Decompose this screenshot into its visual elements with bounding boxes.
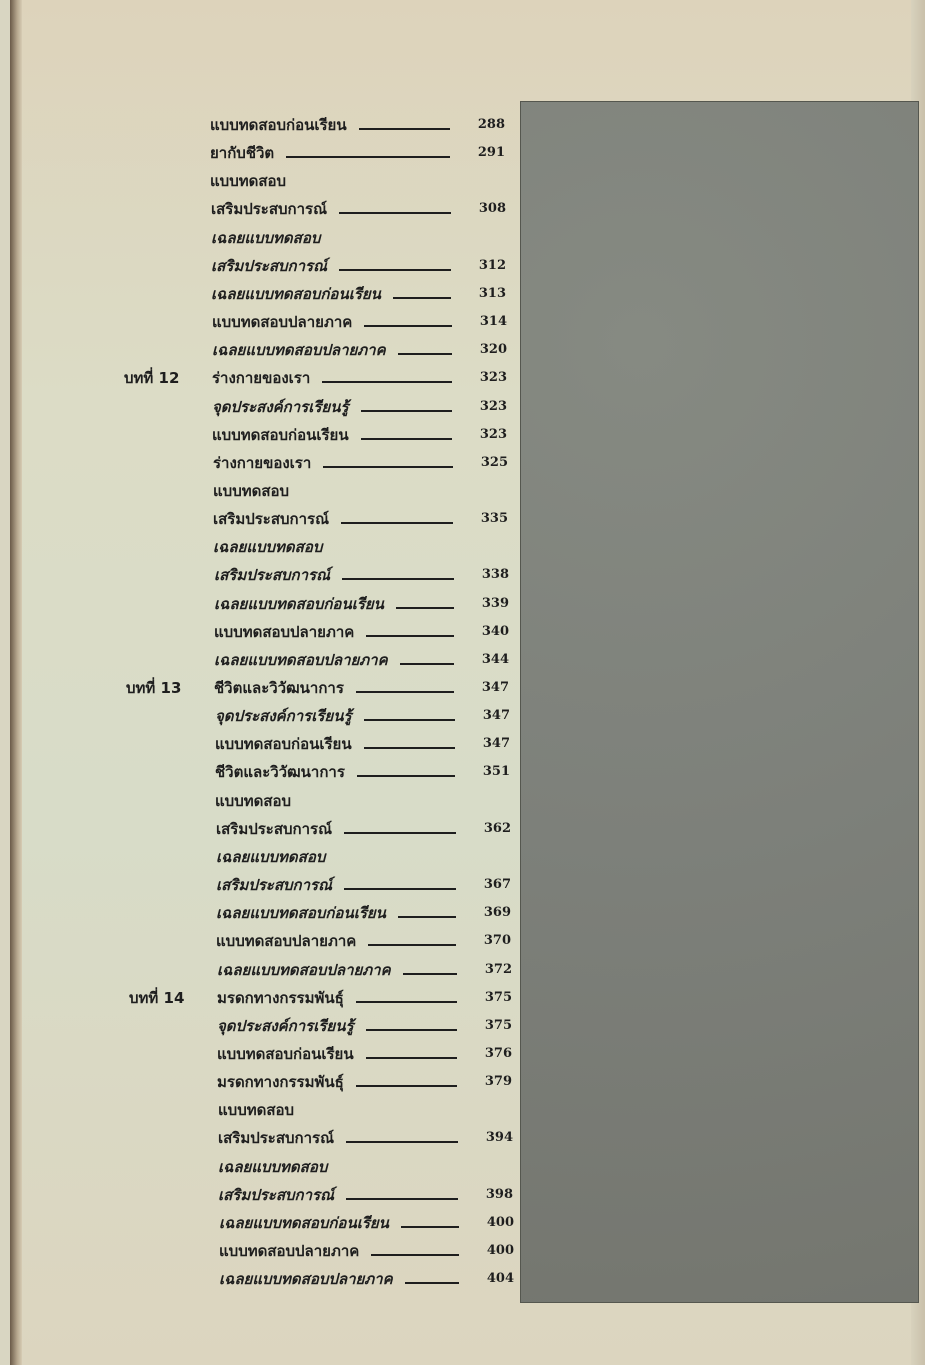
entry-title: เสริมประสบการณ์: [218, 1124, 334, 1152]
leader-line: [286, 156, 450, 158]
page-number: 370: [466, 927, 511, 955]
entry-title: จุดประสงค์การเรียนรู้: [215, 702, 352, 730]
entry-title: เฉลยแบบทดสอบ: [216, 843, 325, 871]
entry-title: เฉลยแบบทดสอบ: [211, 224, 320, 252]
leader-line: [405, 1282, 459, 1284]
entry-title: แบบทดสอบก่อนเรียน: [210, 111, 347, 139]
entry-title: แบบทดสอบก่อนเรียน: [215, 730, 352, 758]
page-number: 313: [461, 280, 506, 308]
page-number: 375: [467, 984, 512, 1012]
leader-line: [359, 128, 450, 130]
page-number: 338: [464, 561, 509, 589]
page-number: 351: [465, 758, 510, 786]
entry-title: เฉลยแบบทดสอบปลายภาค: [212, 336, 386, 364]
entry-title: ชีวิตและวิวัฒนาการ: [214, 674, 344, 702]
leader-line: [398, 916, 456, 918]
entry-title: เสริมประสบการณ์: [218, 1181, 334, 1209]
page-number: 362: [466, 815, 511, 843]
page-number: 347: [465, 730, 510, 758]
entry-title: เสริมประสบการณ์: [213, 505, 329, 533]
leader-line: [339, 269, 451, 271]
chapter-label: บทที่ 13: [126, 674, 211, 702]
leader-line: [339, 212, 451, 214]
leader-line: [401, 1226, 459, 1228]
leader-line: [361, 410, 452, 412]
page-number: 394: [468, 1124, 513, 1152]
page-number: 404: [469, 1265, 514, 1293]
leader-line: [364, 325, 452, 327]
leader-line: [344, 888, 456, 890]
page-number: 376: [467, 1040, 512, 1068]
entry-title: แบบทดสอบ: [215, 787, 291, 815]
leader-line: [364, 747, 455, 749]
entry-title: เสริมประสบการณ์: [211, 195, 327, 223]
page-number: 379: [467, 1068, 512, 1096]
entry-title: แบบทดสอบ: [213, 477, 289, 505]
entry-title: ชีวิตและวิวัฒนาการ: [215, 758, 345, 786]
leader-line: [366, 1029, 457, 1031]
page-number: 323: [462, 364, 507, 392]
scanned-page: แบบทดสอบก่อนเรียน288ยากับชีวิต291แบบทดสอ…: [10, 0, 925, 1365]
entry-title: แบบทดสอบปลายภาค: [214, 618, 354, 646]
leader-line: [344, 832, 456, 834]
entry-title: แบบทดสอบ: [218, 1096, 294, 1124]
page-number: 335: [463, 505, 508, 533]
entry-title: เสริมประสบการณ์: [211, 252, 327, 280]
page-number: 291: [460, 139, 505, 167]
leader-line: [341, 522, 453, 524]
entry-title: แบบทดสอบปลายภาค: [212, 308, 352, 336]
entry-title: มรดกทางกรรมพันธุ์: [217, 984, 344, 1012]
leader-line: [356, 691, 454, 693]
page-number: 325: [463, 449, 508, 477]
page-number: 312: [461, 252, 506, 280]
page-number: 367: [466, 871, 511, 899]
page-number: 398: [468, 1181, 513, 1209]
chapter-label: บทที่ 12: [124, 364, 209, 392]
entry-title: มรดกทางกรรมพันธุ์: [217, 1068, 344, 1096]
entry-title: เฉลยแบบทดสอบปลายภาค: [214, 646, 388, 674]
entry-title: จุดประสงค์การเรียนรู้: [217, 1012, 354, 1040]
page-number: 400: [469, 1209, 514, 1237]
entry-title: เสริมประสบการณ์: [216, 871, 332, 899]
entry-title: เฉลยแบบทดสอบปลายภาค: [219, 1265, 393, 1293]
leader-line: [346, 1198, 458, 1200]
leader-line: [356, 1085, 457, 1087]
leader-line: [371, 1254, 459, 1256]
gray-image-placeholder-block: [520, 101, 919, 1303]
leader-line: [398, 353, 452, 355]
entry-title: เฉลยแบบทดสอบปลายภาค: [217, 956, 391, 984]
entry-title: แบบทดสอบก่อนเรียน: [212, 421, 349, 449]
page-binding-edge: [10, 0, 22, 1365]
page-number: 323: [462, 393, 507, 421]
leader-line: [393, 297, 451, 299]
page-number: 369: [466, 899, 511, 927]
leader-line: [364, 719, 455, 721]
page-number: 372: [467, 956, 512, 984]
page-number: 320: [462, 336, 507, 364]
leader-line: [357, 775, 455, 777]
entry-title: เฉลยแบบทดสอบก่อนเรียน: [211, 280, 381, 308]
leader-line: [356, 1001, 457, 1003]
leader-line: [323, 466, 453, 468]
leader-line: [403, 973, 457, 975]
entry-title: ร่างกายของเรา: [212, 364, 310, 392]
page-number: 344: [464, 646, 509, 674]
entry-title: ยากับชีวิต: [210, 139, 274, 167]
entry-title: เฉลยแบบทดสอบ: [213, 533, 322, 561]
page-number: 340: [464, 618, 509, 646]
entry-title: แบบทดสอบปลายภาค: [219, 1237, 359, 1265]
leader-line: [366, 635, 454, 637]
page-number: 314: [462, 308, 507, 336]
page-number: 347: [464, 674, 509, 702]
page-number: 323: [462, 421, 507, 449]
entry-title: เฉลยแบบทดสอบก่อนเรียน: [214, 590, 384, 618]
page-number: 347: [465, 702, 510, 730]
page-number: 288: [460, 111, 505, 139]
leader-line: [346, 1141, 458, 1143]
leader-line: [366, 1057, 457, 1059]
entry-title: แบบทดสอบ: [210, 167, 286, 195]
entry-title: เสริมประสบการณ์: [216, 815, 332, 843]
entry-title: เฉลยแบบทดสอบ: [218, 1153, 327, 1181]
chapter-label: บทที่ 14: [129, 984, 214, 1012]
entry-title: แบบทดสอบปลายภาค: [216, 927, 356, 955]
entry-title: เฉลยแบบทดสอบก่อนเรียน: [216, 899, 386, 927]
entry-title: ร่างกายของเรา: [213, 449, 311, 477]
leader-line: [361, 438, 452, 440]
leader-line: [322, 381, 452, 383]
leader-line: [342, 578, 454, 580]
entry-title: เสริมประสบการณ์: [214, 561, 330, 589]
leader-line: [396, 607, 454, 609]
page-number: 339: [464, 590, 509, 618]
page-number: 400: [469, 1237, 514, 1265]
leader-line: [400, 663, 454, 665]
entry-title: เฉลยแบบทดสอบก่อนเรียน: [219, 1209, 389, 1237]
page-number: 375: [467, 1012, 512, 1040]
entry-title: จุดประสงค์การเรียนรู้: [212, 393, 349, 421]
entry-title: แบบทดสอบก่อนเรียน: [217, 1040, 354, 1068]
leader-line: [368, 944, 456, 946]
page-number: 308: [461, 195, 506, 223]
